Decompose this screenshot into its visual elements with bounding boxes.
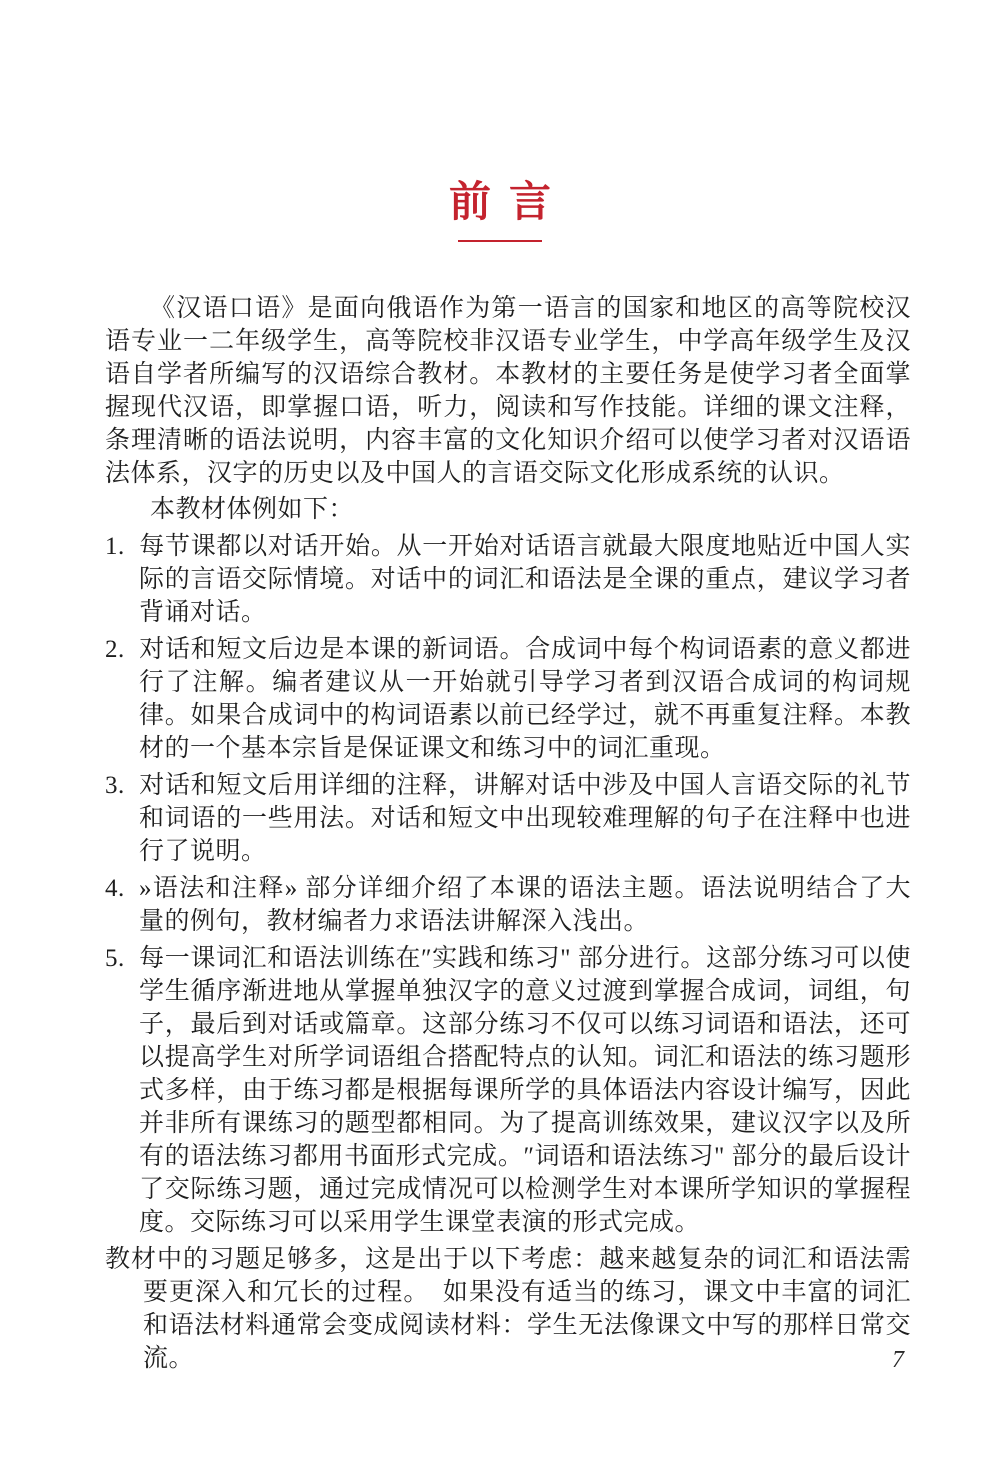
item-number: 3. [105, 769, 139, 802]
list-item: 3.对话和短文后用详细的注释，讲解对话中涉及中国人言语交际的礼节和词语的一些用法… [105, 769, 911, 868]
page-number: 7 [892, 1347, 904, 1374]
list-item: 1.每节课都以对话开始。从一开始对话语言就最大限度地贴近中国人实际的言语交际情境… [105, 530, 911, 629]
item-text: 每一课词汇和语法训练在″实践和练习" 部分进行。这部分练习可以使学生循序渐进地从… [139, 945, 911, 1236]
title-block: 前言 [0, 0, 1000, 242]
structure-list: 1.每节课都以对话开始。从一开始对话语言就最大限度地贴近中国人实际的言语交际情境… [105, 530, 911, 1239]
preface-content: 《汉语口语》是面向俄语作为第一语言的国家和地区的高等院校汉语专业一二年级学生，高… [105, 292, 911, 1375]
item-text: 对话和短文后边是本课的新词语。合成词中每个构词语素的意义都进行了注解。编者建议从… [139, 636, 911, 762]
page-title: 前言 [0, 178, 1000, 228]
closing-paragraph: 教材中的习题足够多，这是出于以下考虑：越来越复杂的词汇和语法需要更深入和冗长的过… [105, 1243, 911, 1375]
item-text: »语法和注释» 部分详细介绍了本课的语法主题。语法说明结合了大量的例句，教材编者… [139, 875, 911, 935]
list-item: 5.每一课词汇和语法训练在″实践和练习" 部分进行。这部分练习可以使学生循序渐进… [105, 942, 911, 1239]
title-underline [458, 240, 542, 242]
list-item: 4.»语法和注释» 部分详细介绍了本课的语法主题。语法说明结合了大量的例句，教材… [105, 872, 911, 938]
list-item: 2.对话和短文后边是本课的新词语。合成词中每个构词语素的意义都进行了注解。编者建… [105, 633, 911, 765]
item-number: 2. [105, 633, 139, 666]
item-text: 对话和短文后用详细的注释，讲解对话中涉及中国人言语交际的礼节和词语的一些用法。对… [139, 772, 911, 865]
item-text: 每节课都以对话开始。从一开始对话语言就最大限度地贴近中国人实际的言语交际情境。对… [139, 533, 911, 626]
item-number: 1. [105, 530, 139, 563]
list-intro: 本教材体例如下： [105, 493, 911, 526]
intro-paragraph: 《汉语口语》是面向俄语作为第一语言的国家和地区的高等院校汉语专业一二年级学生，高… [105, 292, 911, 490]
item-number: 5. [105, 942, 139, 975]
item-number: 4. [105, 872, 139, 905]
preface-page: 前言 《汉语口语》是面向俄语作为第一语言的国家和地区的高等院校汉语专业一二年级学… [0, 0, 1000, 1464]
